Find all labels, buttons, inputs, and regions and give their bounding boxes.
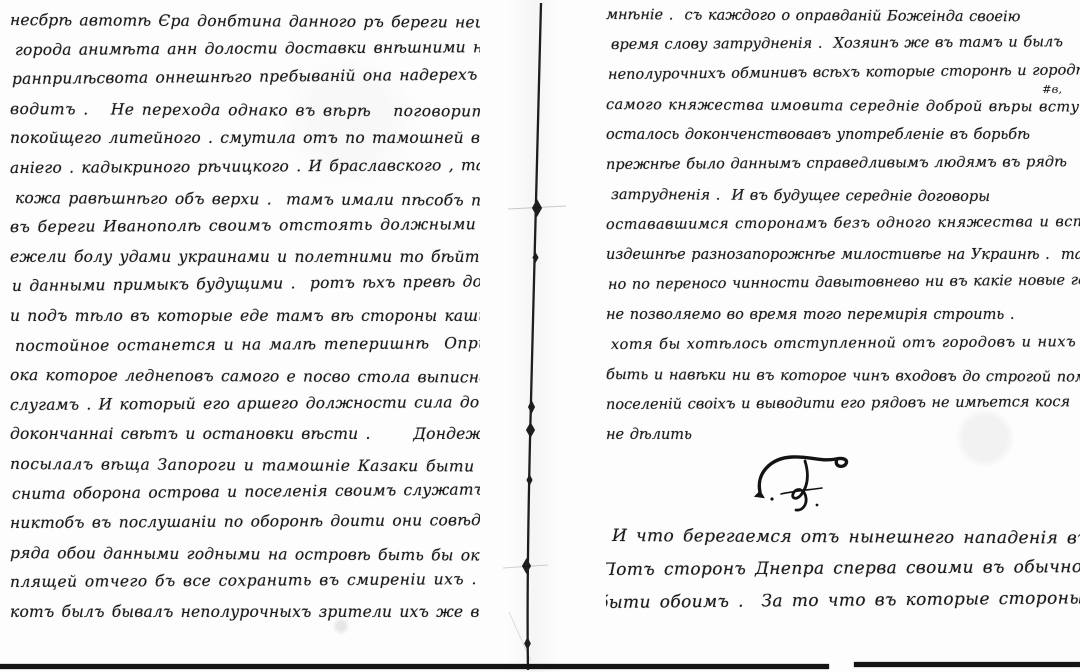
manuscript-line: осталось доконченствовавъ употребленiе в… [606,120,1080,150]
manuscript-line: котъ былъ бывалъ неполурочныхъ зрители и… [10,598,480,628]
manuscript-line: въ береги Иванополѣ своимъ отстоять долж… [10,210,480,242]
manuscript-line: не дѣлить [606,420,1080,450]
manuscript-line: поселенiй своiхъ и выводити его рядовъ н… [606,387,1080,420]
manuscript-line: неполурочнихъ обминивъ всѣхъ которые сто… [608,55,1080,90]
manuscript-line: никтобъ въ послушанiи по оборонѣ доити о… [10,506,480,538]
manuscript-line: и подъ тѣло въ которые еде тамъ вѣ сторо… [10,302,480,332]
manuscript-line: прежнѣе было даннымъ справедливымъ людям… [606,147,1080,180]
manuscript-line: докончаннаi свѣтъ и остановки вѣсти . До… [10,420,480,450]
pen-flourish-icon [748,446,864,524]
manuscript-line: быти обоимъ . За то что въ которые сторо… [606,582,1080,620]
right-page: мнѣнiе . съ каждого о оправданiй Божеiнд… [606,0,1080,672]
manuscript-line: хотя бы хотѣлось отступленной отъ городо… [611,327,1080,360]
manuscript-line: время слову затрудненiя . Хозяинъ же въ … [611,27,1080,60]
left-page-text: несбрѣ автотѣ Єра донбтина данного ръ бе… [10,6,480,627]
scan-edge-bar-left [0,664,829,669]
scan-edge-bar-right [854,662,1080,667]
manuscript-line: плящей отчего бъ все сохранить въ смирен… [10,565,480,597]
marginal-note: #в, [1042,82,1062,96]
manuscript-line: покойщего литейного . смутила отъ по там… [10,124,480,154]
manuscript-line: постойное останется и на малѣ теперишнѣ … [15,329,480,361]
manuscript-line: анiего . кадыкриного рѣчицкого . И брасл… [10,151,480,183]
closing-paragraph: И что берегаемся отъ нынешнего нападенiя… [606,520,1080,621]
right-page-text: мнѣнiе . съ каждого о оправданiй Божеiнд… [606,0,1080,450]
manuscript-line: и данными примыкъ будущими . ротъ ѣхъ пр… [12,268,480,302]
manuscript-line: но по переносо чинности давытовнево ни в… [608,265,1080,300]
manuscript-line: слугамъ . И который его аршего должности… [10,388,480,420]
manuscript-line: снита оборона острова и поселенiя своимъ… [12,475,480,509]
manuscript-line: ранприлѣсвота оннешнѣго пребыванiй она н… [12,61,480,95]
left-page: несбрѣ автотѣ Єра донбтина данного ръ бе… [10,6,480,636]
manuscript-line: водитъ . Не перехода однако въ вѣрѣ пого… [10,95,480,127]
manuscript-line: остававшимся сторонамъ безъ одного княже… [606,207,1080,240]
manuscript-scan: несбрѣ автотѣ Єра донбтина данного ръ бе… [0,0,1080,672]
manuscript-line: самого княжества имовита середнiе доброй… [606,90,1080,122]
manuscript-line: Потъ сторонъ Днепра сперва своими въ обы… [606,551,1080,587]
manuscript-line: не позволяемо во время того перемирiя ст… [606,300,1080,330]
